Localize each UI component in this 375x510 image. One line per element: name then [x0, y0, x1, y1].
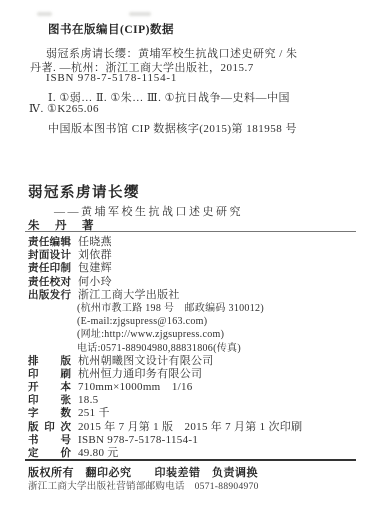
imprint-row: 出版发行 浙江工商大学出版社: [28, 289, 358, 302]
divider-rule: [25, 231, 356, 232]
imprint-row: 版印次 2015 年 7 月第 1 版 2015 年 7 月第 1 次印刷: [28, 421, 358, 434]
mail-order-phone-line: 浙江工商大学出版社营销部邮购电话 0571-88904970: [28, 478, 259, 492]
publisher-website-line: (网址:http://www.zjgsupress.com): [28, 328, 358, 341]
imprint-label: 责任校对: [28, 276, 71, 289]
imprint-value: 浙江工商大学出版社: [78, 289, 180, 302]
imprint-row: 排版 杭州朝曦图文设计有限公司: [28, 355, 358, 368]
imprint-label: 字数: [28, 407, 71, 420]
cip-header: 图书在版编目(CIP)数据: [48, 21, 174, 37]
imprint-row: 责任编辑 任晓燕: [28, 236, 358, 249]
imprint-row: 字数 251 千: [28, 407, 358, 420]
imprint-row: 书号 ISBN 978-7-5178-1154-1: [28, 434, 358, 447]
imprint-value: ISBN 978-7-5178-1154-1: [78, 434, 198, 447]
scan-smudge: [129, 12, 151, 16]
publisher-address-line: (杭州市教工路 198 号 邮政编码 310012): [28, 302, 358, 315]
imprint-row: 责任印制 包建辉: [28, 262, 358, 275]
scan-smudge: [37, 12, 52, 16]
imprint-value: 2015 年 7 月第 1 版 2015 年 7 月第 1 次印刷: [78, 421, 302, 434]
imprint-label: 印刷: [28, 368, 71, 381]
imprint-label: 开本: [28, 381, 71, 394]
imprint-value: 任晓燕: [78, 236, 112, 249]
imprint-value: 杭州恒力通印务有限公司: [78, 368, 202, 381]
imprint-block: 责任编辑 任晓燕 封面设计 刘依群 责任印制 包建辉 责任校对 何小玲 出版发行…: [28, 236, 358, 460]
imprint-value: 刘依群: [78, 249, 112, 262]
footer-rule: [25, 459, 356, 461]
book-copyright-page: 图书在版编目(CIP)数据 弱冠系虏请长缨：黄埔军校生抗战口述史研究 / 朱 丹…: [0, 0, 375, 510]
imprint-label: 印张: [28, 394, 71, 407]
imprint-value: 251 千: [78, 407, 110, 420]
book-title: 弱冠系虏请长缨: [28, 181, 140, 202]
cip-record-number-line: 中国版本图书馆 CIP 数据核字(2015)第 181958 号: [48, 120, 297, 136]
imprint-label: 责任编辑: [28, 236, 71, 249]
imprint-value: 杭州朝曦图文设计有限公司: [78, 355, 214, 368]
imprint-label: 书号: [28, 434, 71, 447]
imprint-row: 开本 710mm×1000mm 1/16: [28, 381, 358, 394]
cip-isbn-line: ISBN 978-7-5178-1154-1: [46, 72, 177, 84]
imprint-label: 责任印制: [28, 262, 71, 275]
imprint-label: 出版发行: [28, 289, 71, 302]
imprint-label: 排版: [28, 355, 71, 368]
imprint-value: 何小玲: [78, 276, 112, 289]
publisher-phone-line: 电话:0571-88904980,88831806(传真): [28, 342, 358, 355]
imprint-label: 封面设计: [28, 249, 71, 262]
imprint-value: 包建辉: [78, 262, 112, 275]
imprint-row: 责任校对 何小玲: [28, 276, 358, 289]
imprint-row: 印刷 杭州恒力通印务有限公司: [28, 368, 358, 381]
imprint-value: 710mm×1000mm 1/16: [78, 381, 193, 394]
imprint-value: 18.5: [78, 394, 98, 407]
imprint-row: 封面设计 刘依群: [28, 249, 358, 262]
imprint-row: 印张 18.5: [28, 394, 358, 407]
cip-classification-line2: Ⅳ. ①K265.06: [29, 102, 99, 115]
publisher-email-line: (E-mail:zjgsupress@163.com): [28, 315, 358, 328]
imprint-label: 版印次: [28, 421, 71, 434]
